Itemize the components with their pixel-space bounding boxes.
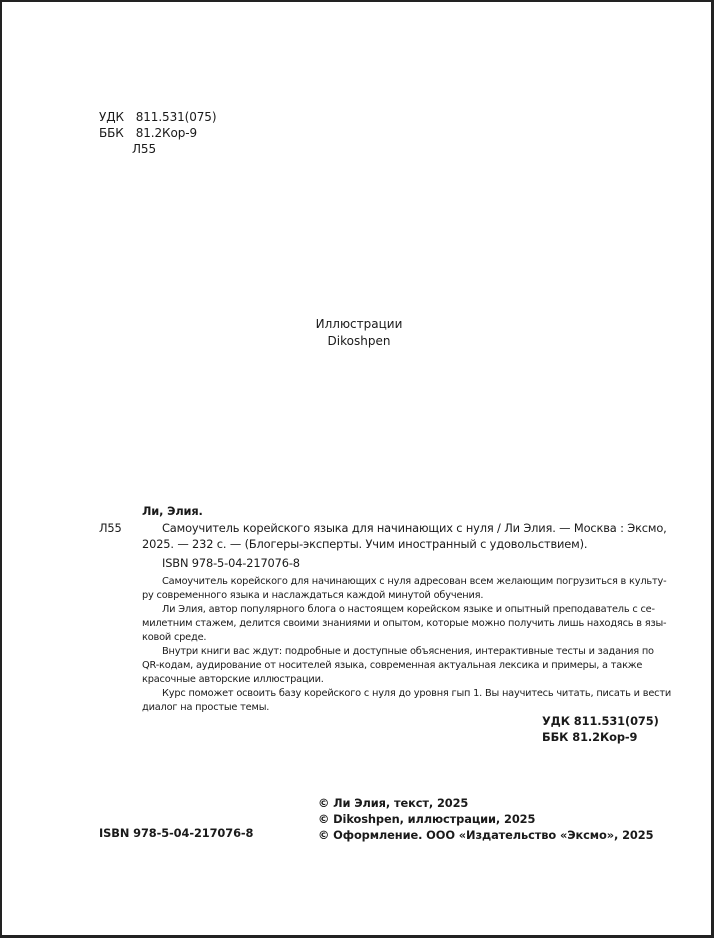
udk-row: УДК 811.531(075): [99, 109, 216, 125]
annotation-line: Ли Элия, автор популярного блога о насто…: [162, 603, 655, 617]
copyright-text: © Ли Элия, текст, 2025: [318, 795, 653, 811]
author-mark: Л55: [99, 520, 122, 536]
bbk-bottom: ББК 81.2Кор-9: [542, 729, 677, 745]
author-mark-top: Л55: [99, 141, 216, 157]
classification-top: УДК 811.531(075) ББК 81.2Кор-9 Л55: [99, 109, 216, 157]
annotation-line: диалог на простые темы.: [142, 701, 269, 715]
author-heading: Ли, Элия.: [142, 503, 203, 519]
bbk-value: 81.2Кор-9: [136, 126, 197, 140]
annotation-line: красочные авторские иллюстрации.: [142, 673, 324, 687]
illustrations-credit: Иллюстрации Dikoshpen: [2, 316, 714, 350]
copyright-block: © Ли Элия, текст, 2025 © Dikoshpen, иллю…: [318, 795, 653, 843]
bibliographic-description: Самоучитель корейского языка для начинаю…: [142, 520, 682, 552]
copyright-design: © Оформление. ООО «Издательство «Эксмо»,…: [318, 827, 653, 843]
illustrations-label: Иллюстрации: [2, 316, 714, 333]
annotation-line: ру современного языка и наслаждаться каж…: [142, 589, 483, 603]
bbk-label: ББК: [99, 125, 132, 141]
annotation-line: Курс поможет освоить базу корейского с н…: [162, 687, 671, 701]
illustrations-artist: Dikoshpen: [2, 333, 714, 350]
udk-label: УДК: [99, 109, 132, 125]
classification-bottom: УДК 811.531(075) ББК 81.2Кор-9: [542, 713, 677, 745]
copyright-illustrations: © Dikoshpen, иллюстрации, 2025: [318, 811, 653, 827]
title-line-1: Самоучитель корейского языка для начинаю…: [142, 520, 682, 536]
bbk-row: ББК 81.2Кор-9: [99, 125, 216, 141]
isbn-record: ISBN 978-5-04-217076-8: [162, 555, 300, 571]
annotation-line: Внутри книги вас ждут: подробные и досту…: [162, 645, 654, 659]
annotation-line: ковой среде.: [142, 631, 206, 645]
imprint-page: УДК 811.531(075) ББК 81.2Кор-9 Л55 Иллюс…: [0, 0, 714, 938]
isbn-bottom: ISBN 978-5-04-217076-8: [99, 826, 253, 840]
annotation-line: милетним стажем, делится своими знаниями…: [142, 617, 666, 631]
annotation-line: Самоучитель корейского для начинающих с …: [162, 575, 666, 589]
udk-bottom: УДК 811.531(075): [542, 713, 677, 729]
udk-value: 811.531(075): [136, 110, 217, 124]
title-line-2: 2025. — 232 с. — (Блогеры-эксперты. Учим…: [142, 536, 682, 552]
annotation-line: QR-кодам, аудирование от носителей языка…: [142, 659, 642, 673]
